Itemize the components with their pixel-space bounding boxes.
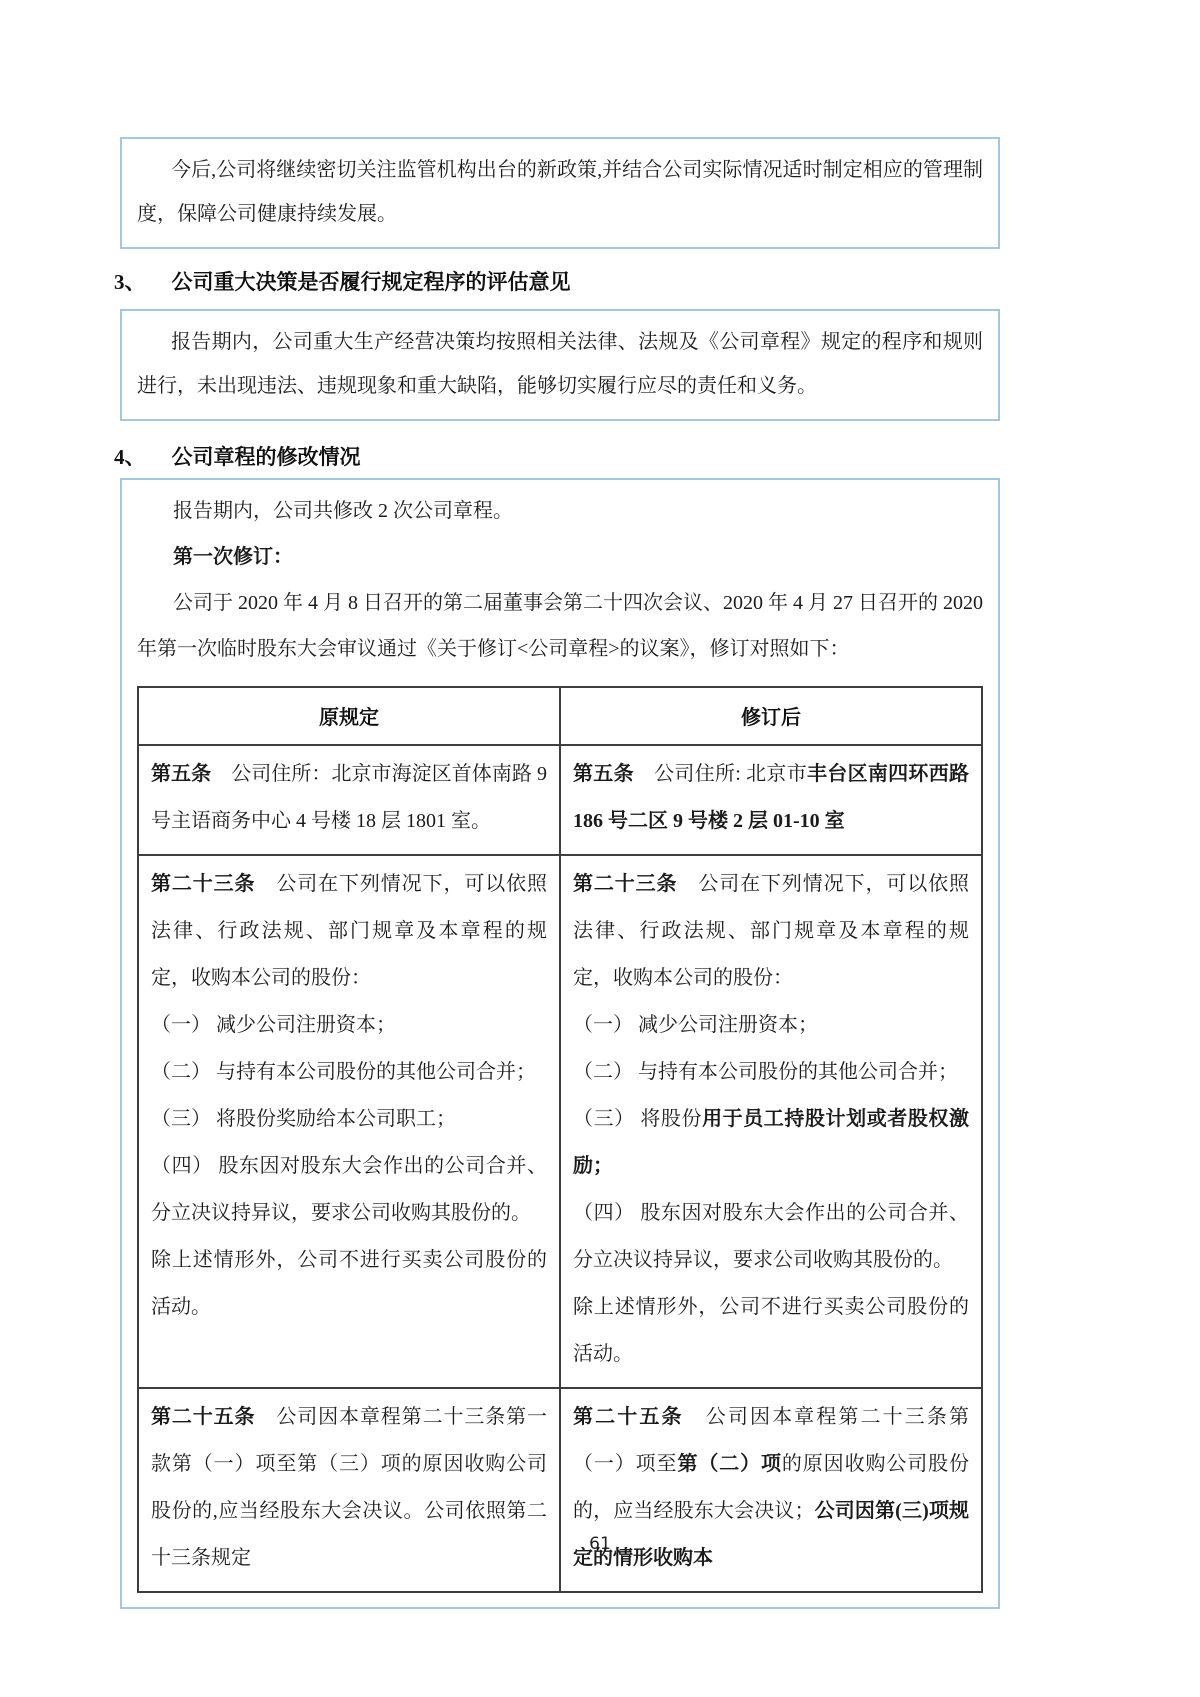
text-segment: （三） 将股份奖励给本公司职工； <box>151 1108 456 1130</box>
policy-paragraph: 今后,公司将继续密切关注监管机构出台的新政策,并结合公司实际情况适时制定相应的管… <box>122 139 998 247</box>
cell-paragraph: （二） 与持有本公司股份的其他公司合并； <box>151 1049 547 1096</box>
table-cell: 第二十三条 公司在下列情况下，可以依照法律、行政法规、部门规章及本章程的规定，收… <box>560 855 982 1388</box>
cell-paragraph: （四） 股东因对股东大会作出的公司合并、分立决议持异议，要求公司收购其股份的。 <box>151 1143 547 1237</box>
text-segment: 公司住所：北京市海淀区首体南路 9 号主语商务中心 4 号楼 18 层 1801… <box>151 763 547 832</box>
table-cell: 第二十五条 公司因本章程第二十三条第（一）项至第（二）项的原因收购公司股份的，应… <box>560 1388 982 1592</box>
table-cell: 第二十五条 公司因本章程第二十三条第一款第（一）项至第（三）项的原因收购公司股份… <box>138 1388 560 1592</box>
bold-text-segment: 第（二）项 <box>677 1453 781 1475</box>
cell-paragraph: （三） 将股份奖励给本公司职工； <box>151 1096 547 1143</box>
table-cell: 第二十三条 公司在下列情况下，可以依照法律、行政法规、部门规章及本章程的规定，收… <box>138 855 560 1388</box>
paragraph-box-policy: 今后,公司将继续密切关注监管机构出台的新政策,并结合公司实际情况适时制定相应的管… <box>120 137 1000 249</box>
text-segment: 除上述情形外，公司不进行买卖公司股份的活动。 <box>573 1296 969 1365</box>
text-segment: （一） 减少公司注册资本； <box>573 1014 818 1036</box>
bold-text-segment: 第五条 <box>151 763 211 785</box>
text-segment: （四） 股东因对股东大会作出的公司合并、分立决议持异议，要求公司收购其股份的。 <box>573 1202 969 1271</box>
section-4-heading: 4、公司章程的修改情况 <box>114 441 361 471</box>
paragraph-box-evaluation: 报告期内，公司重大生产经营决策均按照相关法律、法规及《公司章程》规定的程序和规则… <box>120 309 1000 421</box>
section-3-number: 3、 <box>114 266 146 296</box>
text-segment: （四） 股东因对股东大会作出的公司合并、分立决议持异议，要求公司收购其股份的。 <box>151 1155 547 1224</box>
revision-meeting-paragraph: 公司于 2020 年 4 月 8 日召开的第二届董事会第二十四次会议、2020 … <box>122 580 998 672</box>
text-segment: （三） 将股份 <box>573 1108 702 1130</box>
revision-comparison-table: 原规定 修订后 第五条 公司住所：北京市海淀区首体南路 9 号主语商务中心 4 … <box>137 686 983 1593</box>
comparison-table-body: 第五条 公司住所：北京市海淀区首体南路 9 号主语商务中心 4 号楼 18 层 … <box>138 745 982 1592</box>
cell-paragraph: （二） 与持有本公司股份的其他公司合并； <box>573 1049 969 1096</box>
bold-text-segment: 第二十三条 <box>151 873 255 895</box>
text-segment: 公司住所: 北京市 <box>634 763 807 785</box>
table-cell: 第五条 公司住所: 北京市丰台区南四环西路 186 号二区 9 号楼 2 层 0… <box>560 745 982 855</box>
column-header-revised: 修订后 <box>560 687 982 745</box>
paragraph-box-amendments: 报告期内，公司共修改 2 次公司章程。 第一次修订： 公司于 2020 年 4 … <box>120 478 1000 1609</box>
table-cell: 第五条 公司住所：北京市海淀区首体南路 9 号主语商务中心 4 号楼 18 层 … <box>138 745 560 855</box>
cell-paragraph: 第五条 公司住所：北京市海淀区首体南路 9 号主语商务中心 4 号楼 18 层 … <box>151 751 547 845</box>
cell-paragraph: 第二十三条 公司在下列情况下，可以依照法律、行政法规、部门规章及本章程的规定，收… <box>151 861 547 1002</box>
first-revision-label: 第一次修订： <box>122 534 998 580</box>
cell-paragraph: （一） 减少公司注册资本； <box>573 1002 969 1049</box>
cell-paragraph: 除上述情形外，公司不进行买卖公司股份的活动。 <box>151 1237 547 1331</box>
evaluation-paragraph: 报告期内，公司重大生产经营决策均按照相关法律、法规及《公司章程》规定的程序和规则… <box>122 311 998 419</box>
bold-text-segment: 第二十五条 <box>573 1406 684 1428</box>
section-4-title: 公司章程的修改情况 <box>172 445 361 469</box>
table-row: 第五条 公司住所：北京市海淀区首体南路 9 号主语商务中心 4 号楼 18 层 … <box>138 745 982 855</box>
bold-text-segment: 第二十三条 <box>573 873 677 895</box>
section-3-heading: 3、公司重大决策是否履行规定程序的评估意见 <box>114 266 571 296</box>
bold-text-segment: 第五条 <box>573 763 634 785</box>
cell-paragraph: 第二十三条 公司在下列情况下，可以依照法律、行政法规、部门规章及本章程的规定，收… <box>573 861 969 1002</box>
text-segment: （二） 与持有本公司股份的其他公司合并； <box>151 1061 536 1083</box>
bold-text-segment: 第二十五条 <box>151 1406 255 1428</box>
page-number: 61 <box>0 1534 1200 1554</box>
cell-paragraph: （一） 减少公司注册资本； <box>151 1002 547 1049</box>
table-row: 第二十五条 公司因本章程第二十三条第一款第（一）项至第（三）项的原因收购公司股份… <box>138 1388 982 1592</box>
cell-paragraph: （四） 股东因对股东大会作出的公司合并、分立决议持异议，要求公司收购其股份的。 <box>573 1190 969 1284</box>
cell-paragraph: （三） 将股份用于员工持股计划或者股权激励； <box>573 1096 969 1190</box>
column-header-original: 原规定 <box>138 687 560 745</box>
table-header-row: 原规定 修订后 <box>138 687 982 745</box>
text-segment: （二） 与持有本公司股份的其他公司合并； <box>573 1061 958 1083</box>
text-segment: 除上述情形外，公司不进行买卖公司股份的活动。 <box>151 1249 547 1318</box>
cell-paragraph: 第五条 公司住所: 北京市丰台区南四环西路 186 号二区 9 号楼 2 层 0… <box>573 751 969 845</box>
text-segment: （一） 减少公司注册资本； <box>151 1014 396 1036</box>
section-3-title: 公司重大决策是否履行规定程序的评估意见 <box>172 270 571 294</box>
section-4-number: 4、 <box>114 441 146 471</box>
cell-paragraph: 除上述情形外，公司不进行买卖公司股份的活动。 <box>573 1284 969 1378</box>
amendment-count-paragraph: 报告期内，公司共修改 2 次公司章程。 <box>122 480 998 534</box>
comparison-table-head: 原规定 修订后 <box>138 687 982 745</box>
table-row: 第二十三条 公司在下列情况下，可以依照法律、行政法规、部门规章及本章程的规定，收… <box>138 855 982 1388</box>
